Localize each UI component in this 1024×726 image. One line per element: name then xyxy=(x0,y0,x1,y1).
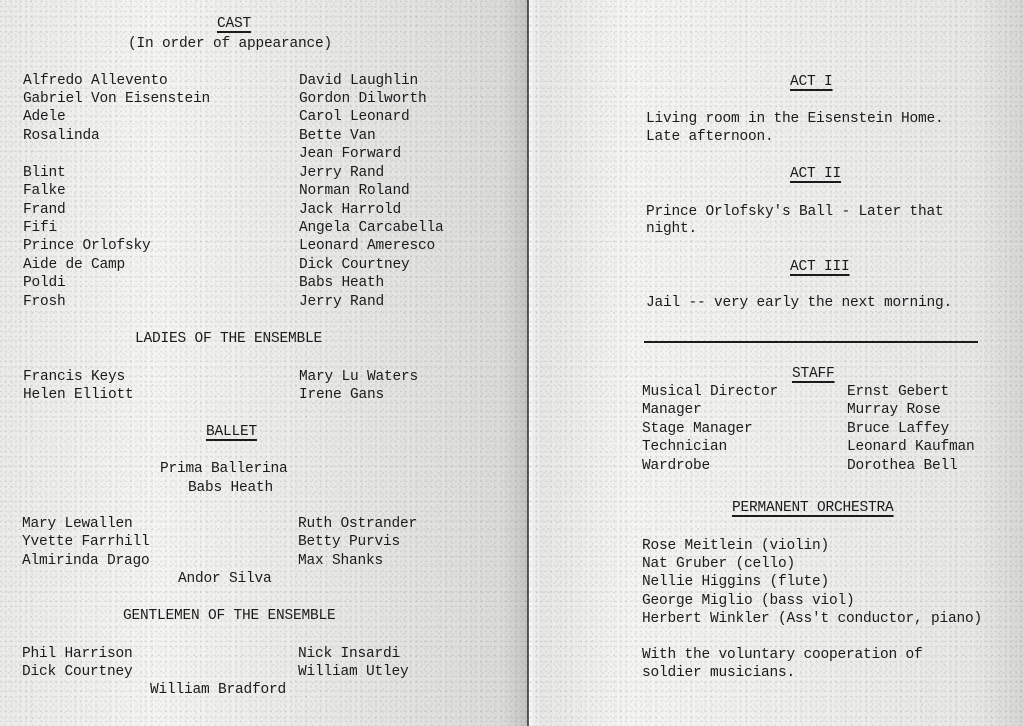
cast-role: Blint xyxy=(23,164,66,182)
prima-ballerina-label: Prima Ballerina xyxy=(160,460,288,478)
orchestra-member: George Miglio (bass viol) xyxy=(642,592,855,610)
act-heading: ACT I xyxy=(790,73,833,91)
act-description: night. xyxy=(646,220,697,238)
cast-actor: Dick Courtney xyxy=(299,256,410,274)
cast-actor: David Laughlin xyxy=(299,72,418,90)
orchestra-member: Nellie Higgins (flute) xyxy=(642,573,829,591)
ballet-heading: BALLET xyxy=(206,423,257,441)
ladies-name: Helen Elliott xyxy=(23,386,134,404)
cast-role: Adele xyxy=(23,108,66,126)
staff-title: Stage Manager xyxy=(642,420,753,438)
cast-role: Falke xyxy=(23,182,66,200)
gentlemen-name: Phil Harrison xyxy=(22,645,133,663)
staff-name: Dorothea Bell xyxy=(847,457,958,475)
ballet-name: Ruth Ostrander xyxy=(298,515,417,533)
gentlemen-name: William Utley xyxy=(298,663,409,681)
cast-actor: Leonard Ameresco xyxy=(299,237,435,255)
cast-actor: Jack Harrold xyxy=(299,201,401,219)
ladies-name: Irene Gans xyxy=(299,386,384,404)
cast-actor: Bette Van xyxy=(299,127,376,145)
ladies-heading: LADIES OF THE ENSEMBLE xyxy=(135,330,322,348)
gentlemen-name-center: William Bradford xyxy=(150,681,286,699)
ballet-name: Almirinda Drago xyxy=(22,552,150,570)
cast-actor: Gordon Dilworth xyxy=(299,90,427,108)
right-page: ACT I Living room in the Eisenstein Home… xyxy=(532,0,1024,726)
prima-ballerina-name: Babs Heath xyxy=(188,479,273,497)
orchestra-member: Rose Meitlein (violin) xyxy=(642,537,829,555)
cast-role: Aide de Camp xyxy=(23,256,125,274)
orchestra-note: With the voluntary cooperation of xyxy=(642,646,923,664)
cast-actor: Angela Carcabella xyxy=(299,219,444,237)
ladies-name: Francis Keys xyxy=(23,368,125,386)
cast-actor: Jerry Rand xyxy=(299,293,384,311)
cast-subheading: (In order of appearance) xyxy=(128,35,332,53)
ballet-name: Mary Lewallen xyxy=(22,515,133,533)
section-divider xyxy=(644,341,978,343)
gentlemen-name: Dick Courtney xyxy=(22,663,133,681)
staff-title: Wardrobe xyxy=(642,457,710,475)
staff-title: Technician xyxy=(642,438,727,456)
ladies-name: Mary Lu Waters xyxy=(299,368,418,386)
act-heading: ACT II xyxy=(790,165,841,183)
act-description: Living room in the Eisenstein Home. xyxy=(646,110,944,128)
left-page: CAST (In order of appearance) Alfredo Al… xyxy=(0,0,528,726)
cast-role: Gabriel Von Eisenstein xyxy=(23,90,210,108)
orchestra-note: soldier musicians. xyxy=(642,664,795,682)
cast-role: Prince Orlofsky xyxy=(23,237,151,255)
staff-name: Bruce Laffey xyxy=(847,420,949,438)
cast-role: Alfredo Allevento xyxy=(23,72,168,90)
act-description: Prince Orlofsky's Ball - Later that xyxy=(646,203,944,221)
staff-heading: STAFF xyxy=(792,365,835,383)
cast-actor: Jerry Rand xyxy=(299,164,384,182)
act-heading: ACT III xyxy=(790,258,850,276)
cast-heading: CAST xyxy=(217,15,251,33)
gentlemen-heading: GENTLEMEN OF THE ENSEMBLE xyxy=(123,607,336,625)
cast-role: Frosh xyxy=(23,293,66,311)
cast-actor: Norman Roland xyxy=(299,182,410,200)
staff-name: Ernst Gebert xyxy=(847,383,949,401)
ballet-name: Max Shanks xyxy=(298,552,383,570)
staff-name: Murray Rose xyxy=(847,401,941,419)
orchestra-member: Nat Gruber (cello) xyxy=(642,555,795,573)
act-description: Late afternoon. xyxy=(646,128,774,146)
act-description: Jail -- very early the next morning. xyxy=(646,294,952,312)
cast-role: Poldi xyxy=(23,274,66,292)
cast-actor: Carol Leonard xyxy=(299,108,410,126)
orchestra-heading: PERMANENT ORCHESTRA xyxy=(732,499,894,517)
ballet-name-center: Andor Silva xyxy=(178,570,272,588)
staff-title: Manager xyxy=(642,401,702,419)
staff-name: Leonard Kaufman xyxy=(847,438,975,456)
ballet-name: Yvette Farrhill xyxy=(22,533,150,551)
gentlemen-name: Nick Insardi xyxy=(298,645,400,663)
staff-title: Musical Director xyxy=(642,383,778,401)
cast-actor: Babs Heath xyxy=(299,274,384,292)
ballet-name: Betty Purvis xyxy=(298,533,400,551)
orchestra-member: Herbert Winkler (Ass't conductor, piano) xyxy=(642,610,982,628)
cast-role: Fifi xyxy=(23,219,57,237)
cast-actor: Jean Forward xyxy=(299,145,401,163)
cast-role: Rosalinda xyxy=(23,127,100,145)
cast-role: Frand xyxy=(23,201,66,219)
